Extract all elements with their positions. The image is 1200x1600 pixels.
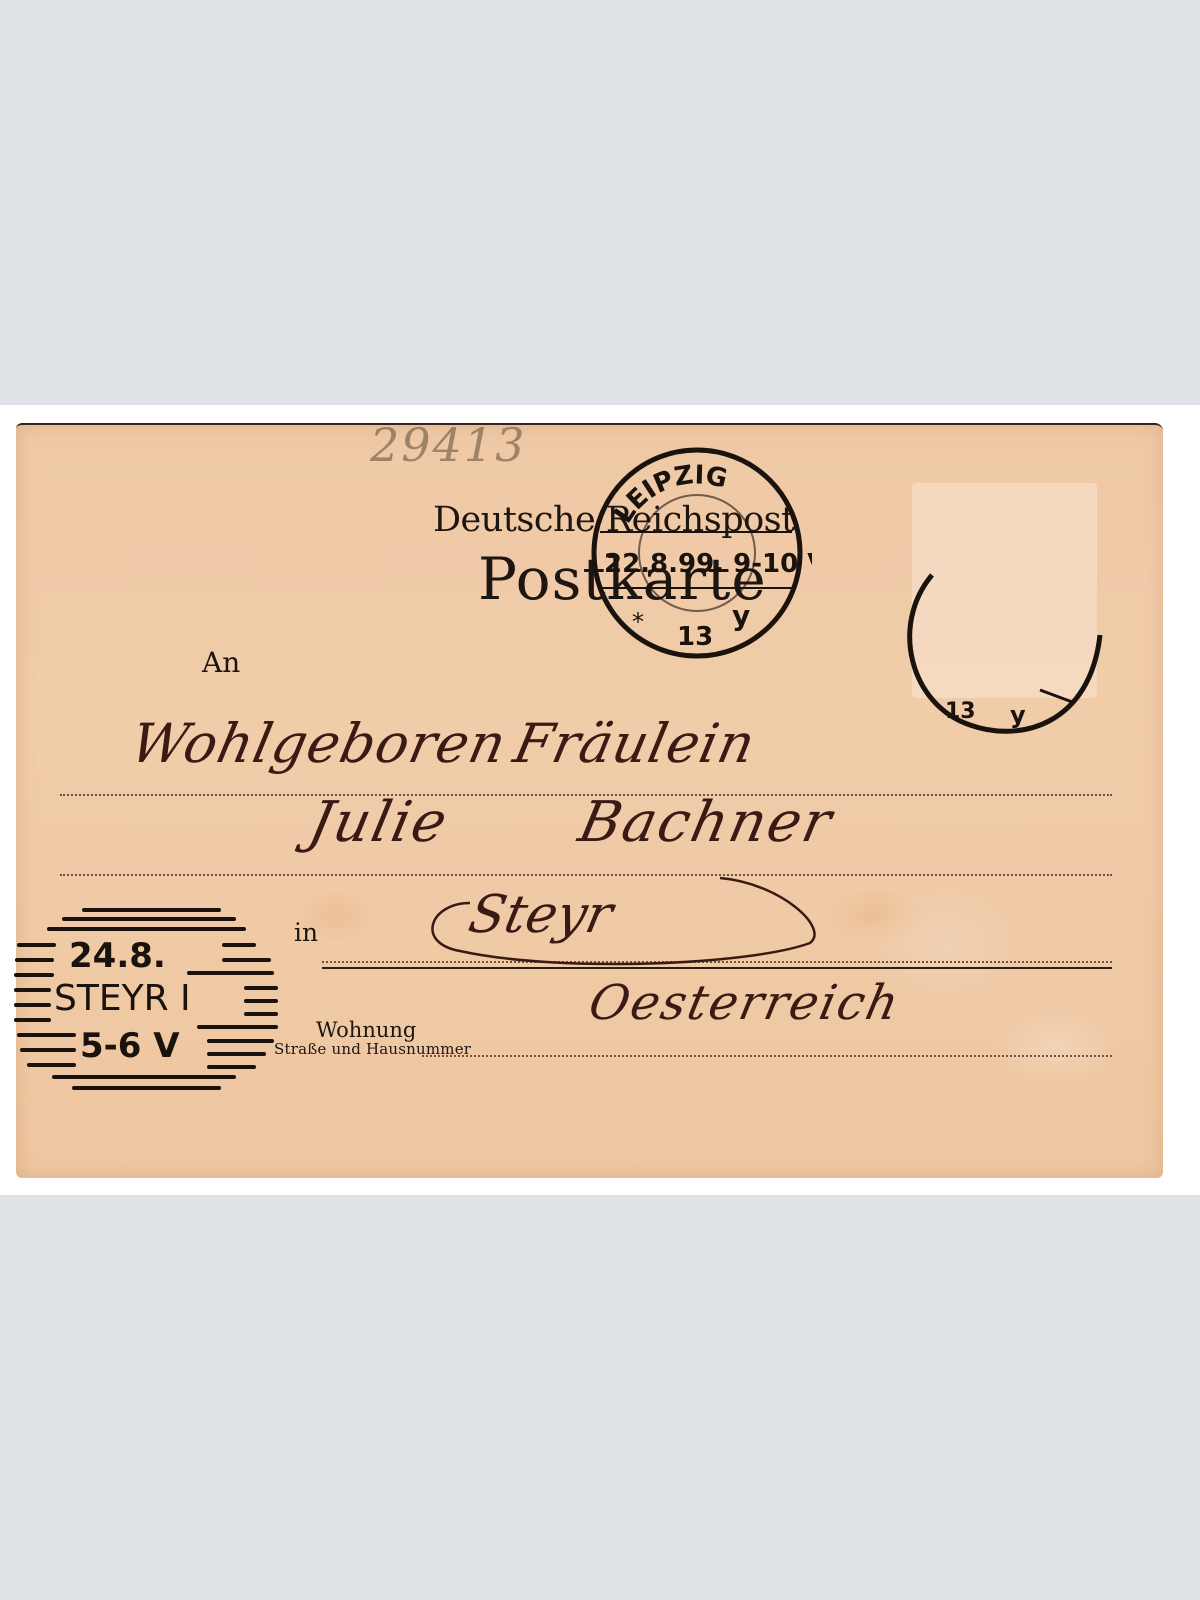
postmark-partial-office: 13 bbox=[945, 699, 976, 724]
handwriting-last-name: Bachner bbox=[573, 790, 839, 855]
postmark-partial: 13 y bbox=[890, 555, 1115, 745]
postmark-leipzig-date: 22.8.99. 9-10 V bbox=[604, 549, 812, 579]
handwriting-salutation: Wohlgeboren bbox=[125, 712, 512, 775]
postmark-leipzig-city: LEIPZIG bbox=[609, 460, 731, 529]
postmark-steyr-time: 5-6 V bbox=[80, 1026, 180, 1066]
postmark-partial-letter: y bbox=[1010, 701, 1026, 729]
label-an: An bbox=[202, 646, 240, 679]
archive-number: 29413 bbox=[370, 418, 526, 472]
postmark-steyr: 24.8. STEYR I 5-6 V bbox=[14, 905, 284, 1100]
label-wohnung: Wohnung bbox=[316, 1018, 416, 1042]
handwriting-title: Fräulein bbox=[508, 712, 761, 775]
postmark-leipzig-letter: y bbox=[732, 599, 750, 632]
postmark-steyr-city: STEYR I bbox=[54, 978, 191, 1019]
address-line-wohnung bbox=[422, 1055, 1112, 1057]
postmark-leipzig-star: * bbox=[632, 608, 644, 636]
label-in: in bbox=[294, 918, 318, 947]
handwriting-first-name: Julie bbox=[303, 790, 454, 855]
label-strasse-hausnummer: Straße und Hausnummer bbox=[274, 1040, 471, 1058]
postmark-leipzig: LEIPZIG 22.8.99. 9-10 V * 13 y bbox=[582, 440, 812, 670]
postmark-leipzig-office: 13 bbox=[677, 622, 713, 652]
handwriting-city: Steyr bbox=[464, 885, 618, 945]
postmark-steyr-date: 24.8. bbox=[69, 936, 166, 976]
svg-text:LEIPZIG: LEIPZIG bbox=[609, 460, 731, 529]
handwriting-country: Oesterreich bbox=[584, 975, 905, 1031]
